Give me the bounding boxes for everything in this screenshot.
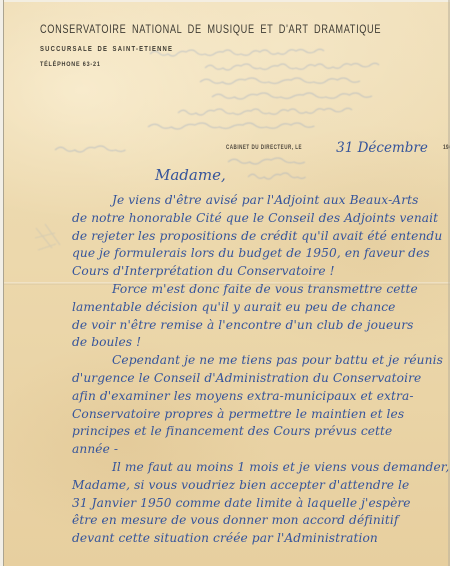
- handwritten-line: de rejeter les propositions de crédit qu…: [72, 228, 440, 246]
- handwritten-line: de notre honorable Cité que le Conseil d…: [72, 210, 440, 228]
- handwritten-line: de voir n'être remise à l'encontre d'un …: [72, 317, 440, 335]
- org-name: CONSERVATOIRE NATIONAL DE MUSIQUE ET D'A…: [40, 24, 381, 36]
- scan-edge-left: [0, 0, 4, 566]
- handwritten-line: afin d'examiner les moyens extra-municip…: [72, 388, 440, 406]
- handwritten-line: Je viens d'être avisé par l'Adjoint aux …: [72, 192, 440, 210]
- handwritten-line: devant cette situation créée par l'Admin…: [72, 530, 440, 548]
- dateline: CABINET DU DIRECTEUR, LE 31 Décembre 194…: [226, 139, 450, 157]
- handwritten-line: que je formulerais lors du budget de 195…: [72, 245, 440, 263]
- salutation: Madame,: [155, 166, 226, 184]
- handwritten-line: Cours d'Interprétation du Conservatoire …: [72, 263, 440, 281]
- handwritten-line: lamentable décision qu'il y aurait eu pe…: [72, 299, 440, 317]
- handwritten-line: Conservatoire propres à permettre le mai…: [72, 406, 440, 424]
- branch-line: SUCCURSALE DE SAINT-ETIENNE: [40, 44, 381, 53]
- handwritten-line: Cependant je ne me tiens pas pour battu …: [72, 352, 440, 370]
- letterhead: CONSERVATOIRE NATIONAL DE MUSIQUE ET D'A…: [40, 24, 450, 68]
- handwritten-date: 31 Décembre: [336, 140, 428, 156]
- handwritten-line: Il me faut au moins 1 mois et je viens v…: [72, 459, 440, 477]
- letter-scan: CONSERVATOIRE NATIONAL DE MUSIQUE ET D'A…: [0, 0, 450, 566]
- scan-edge-top: [0, 0, 450, 2]
- handwritten-line: être en mesure de vous donner mon accord…: [72, 512, 440, 530]
- handwritten-line: Madame, si vous voudriez bien accepter d…: [72, 477, 440, 495]
- handwritten-line: de boules !: [72, 334, 440, 352]
- letter-body: Je viens d'être avisé par l'Adjoint aux …: [72, 192, 440, 548]
- phone-line: TÉLÉPHONE 63-21: [40, 61, 381, 68]
- handwritten-line: d'urgence le Conseil d'Administration du…: [72, 370, 440, 388]
- handwritten-line: année -: [72, 441, 440, 459]
- handwritten-line: Force m'est donc faite de vous transmett…: [72, 281, 440, 299]
- handwritten-line: principes et le financement des Cours pr…: [72, 423, 440, 441]
- handwritten-line: 31 Janvier 1950 comme date limite à laqu…: [72, 495, 440, 513]
- dateline-printed-label: CABINET DU DIRECTEUR, LE: [226, 144, 302, 151]
